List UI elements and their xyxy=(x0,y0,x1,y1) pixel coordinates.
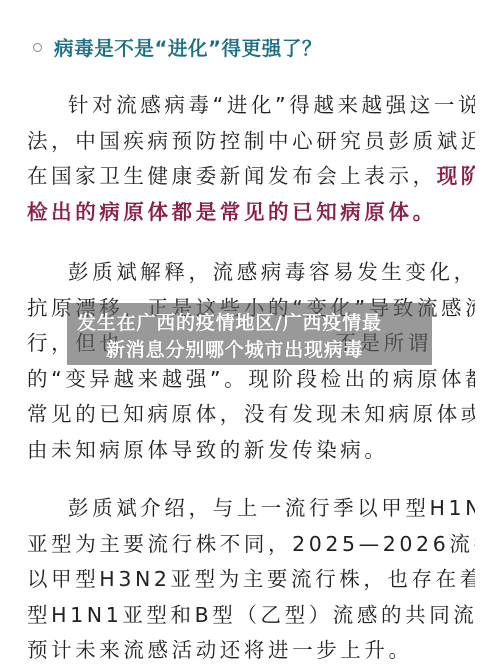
hollow-circle-bullet-icon xyxy=(33,43,42,52)
title-overlay-banner: 发生在广西的疫情地区/广西疫情最 新消息分别哪个城市出现病毒 xyxy=(67,303,432,365)
highlighted-text: 现阶段 xyxy=(437,164,475,188)
paragraph-line: 由未知病原体导致的新发传染病。 xyxy=(27,433,475,469)
banner-title-line-1: 发生在广西的疫情地区/广西疫情最 xyxy=(77,308,382,335)
paragraph-line: 法，中国疾病预防控制中心研究员彭质斌近日 xyxy=(27,124,475,160)
paragraph-line: 型H1N1亚型和B型（乙型）流感的共同流行， xyxy=(27,598,475,634)
highlighted-text: 检出的病原体都是常见的已知病原体。 xyxy=(27,195,475,231)
paragraph-line: 以甲型H3N2亚型为主要流行株，也存在着甲 xyxy=(27,562,475,598)
paragraph-line: 预计未来流感活动还将进一步上升。 xyxy=(27,633,475,668)
paragraph-line: 彭质斌解释，流感病毒容易发生变化，即 xyxy=(27,255,475,291)
section-heading: 病毒是不是“进化”得更强了？ xyxy=(32,33,322,61)
paragraph-line-text: 在国家卫生健康委新闻发布会上表示， xyxy=(27,164,437,188)
banner-title-line-2: 新消息分别哪个城市出现病毒 xyxy=(106,335,363,362)
paragraph-line: 的“变异越来越强”。现阶段检出的病原体都是 xyxy=(27,362,475,398)
heading-text: 病毒是不是“进化”得更强了？ xyxy=(54,33,322,61)
paragraph-line: 常见的已知病原体，没有发现未知病原体或是 xyxy=(27,397,475,433)
paragraph-line: 亚型为主要流行株不同，2025—2026流行季 xyxy=(27,527,475,563)
paragraph-line: 彭质斌介绍，与上一流行季以甲型H1N1 xyxy=(27,491,475,527)
paragraph-line: 针对流感病毒“进化”得越来越强这一说 xyxy=(27,88,475,124)
paragraph-3: 彭质斌介绍，与上一流行季以甲型H1N1 亚型为主要流行株不同，2025—2026… xyxy=(27,491,475,668)
paragraph-1: 针对流感病毒“进化”得越来越强这一说 法，中国疾病预防控制中心研究员彭质斌近日 … xyxy=(27,88,475,230)
paragraph-line: 在国家卫生健康委新闻发布会上表示，现阶段 xyxy=(27,159,475,195)
